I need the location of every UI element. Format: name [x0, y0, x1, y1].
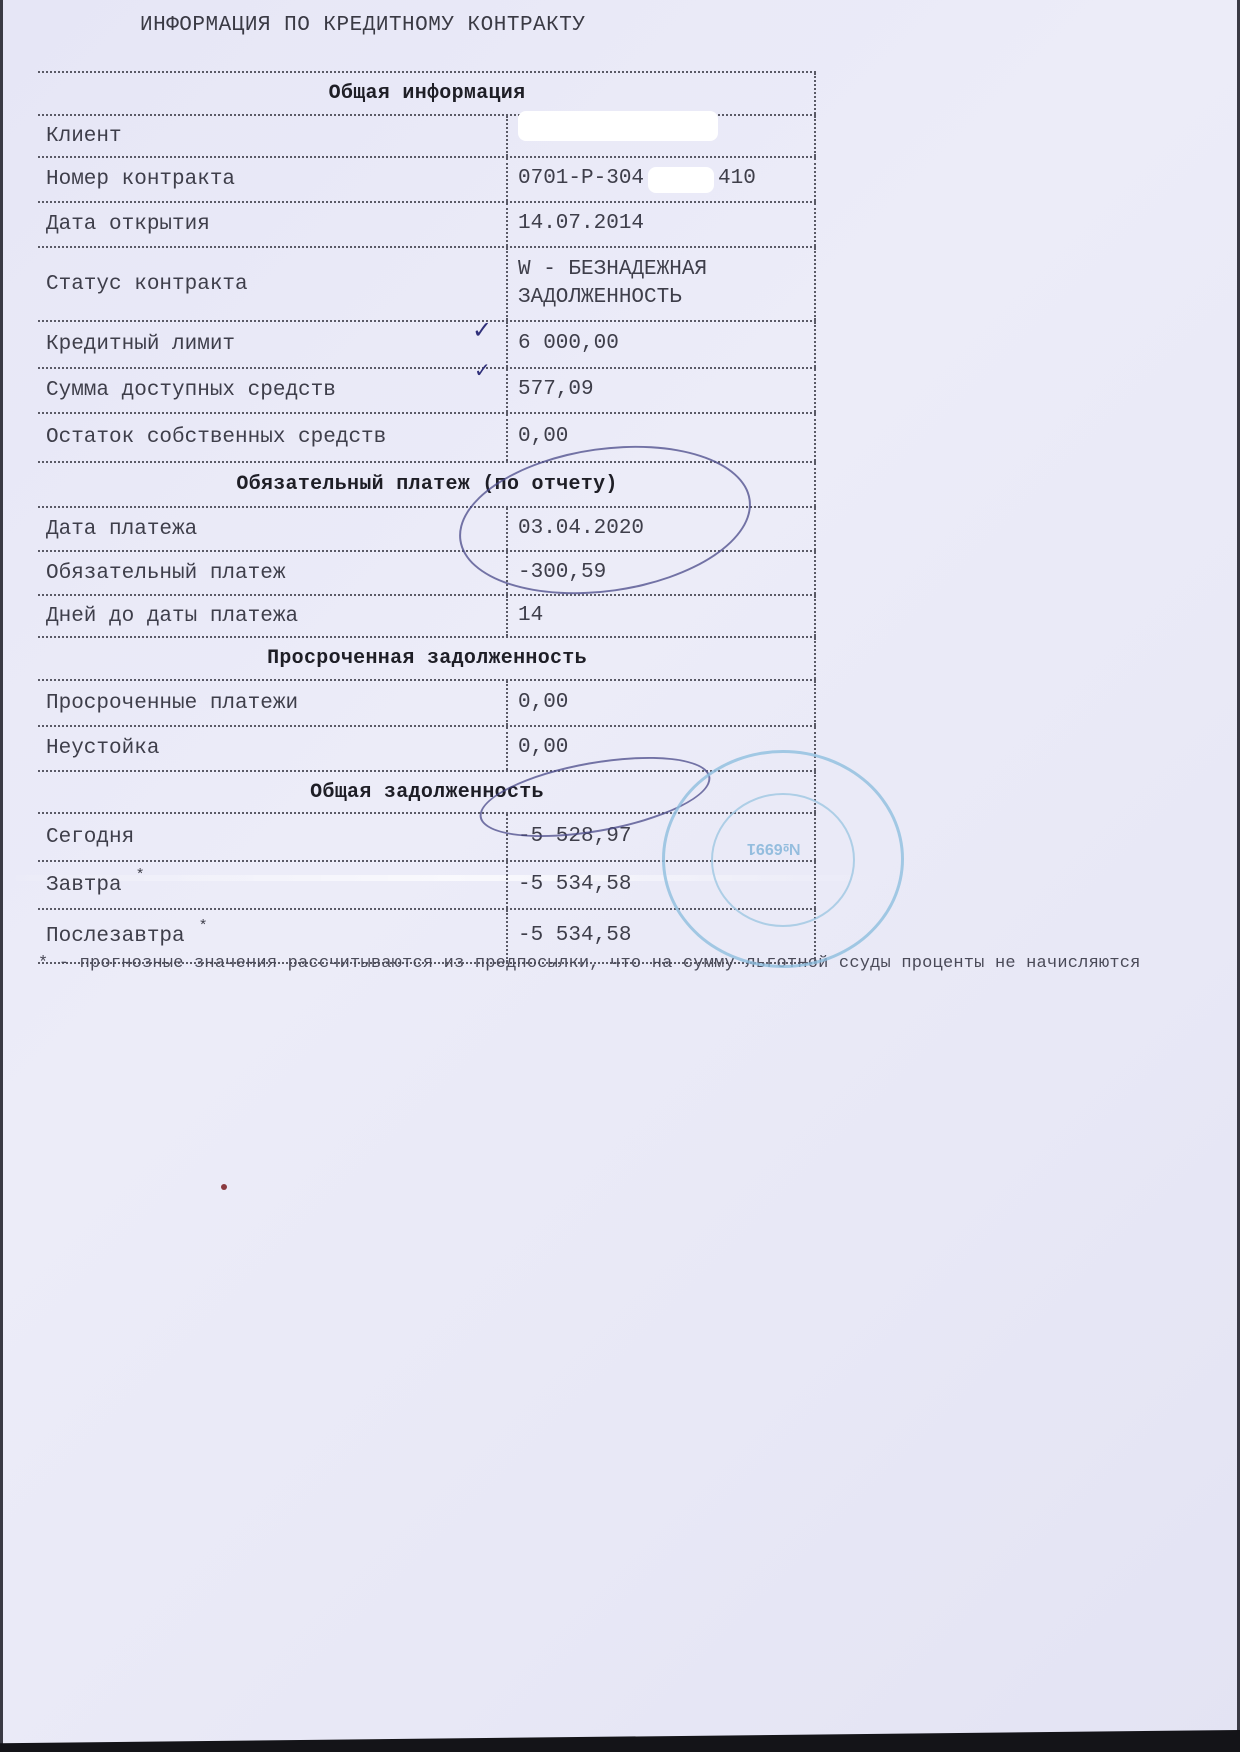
row-value: W - БЕЗНАДЕЖНАЯ ЗАДОЛЖЕННОСТЬ	[506, 248, 816, 320]
status-line-2: ЗАДОЛЖЕННОСТЬ	[518, 284, 816, 312]
bank-stamp: №6991	[662, 750, 904, 968]
stamp-inner-ring	[711, 793, 855, 927]
table-row-open-date: Дата открытия 14.07.2014	[38, 201, 816, 246]
document-title: ИНФОРМАЦИЯ ПО КРЕДИТНОМУ КОНТРАКТУ	[140, 14, 585, 37]
checkmark-icon: ✓	[472, 316, 492, 344]
row-label: Остаток собственных средств	[38, 414, 506, 461]
table-row-days-to-payment: Дней до даты платежа 14	[38, 594, 816, 636]
row-value: 0,00	[506, 681, 816, 725]
redaction-mark	[648, 167, 714, 193]
contract-number-suffix: 410	[718, 165, 756, 193]
table-row-overdue-payments: Просроченные платежи 0,00	[38, 679, 816, 725]
row-value: 6 000,00	[506, 322, 816, 367]
row-label: Дней до даты платежа	[38, 596, 506, 636]
stamp-number: №6991	[747, 839, 800, 857]
row-label-wrap: Завтра *	[38, 862, 506, 908]
section-header-general: Общая информация	[38, 71, 816, 114]
table-row-available-funds: Сумма доступных средств 577,09	[38, 367, 816, 412]
table-row-penalty: Неустойка 0,00	[38, 725, 816, 770]
footnote: * - прогнозные значения рассчитываются и…	[38, 950, 1188, 978]
row-label: Сумма доступных средств	[38, 369, 506, 412]
row-label: Клиент	[38, 116, 506, 156]
row-label: Обязательный платеж	[38, 552, 506, 594]
row-label: Сегодня	[38, 814, 506, 860]
table-row-contract-number: Номер контракта 0701-Р-304 410	[38, 156, 816, 201]
row-value: 0701-Р-304 410	[506, 158, 816, 201]
table-row-credit-limit: Кредитный лимит 6 000,00	[38, 320, 816, 367]
row-label: Дата платежа	[38, 508, 506, 550]
row-label: Послезавтра	[46, 925, 185, 948]
table-row-client: Клиент	[38, 114, 816, 156]
row-label: Просроченные платежи	[38, 681, 506, 725]
checkmark-icon: ✓	[474, 358, 491, 382]
row-value-redacted	[506, 116, 816, 156]
section-title: Просроченная задолженность	[267, 647, 587, 670]
row-label: Неустойка	[38, 727, 506, 770]
forecast-marker: *	[199, 918, 208, 935]
contract-number-prefix: 0701-Р-304	[518, 165, 644, 193]
status-line-1: W - БЕЗНАДЕЖНАЯ	[518, 256, 816, 284]
row-label: Статус контракта	[38, 248, 506, 320]
redaction-mark	[518, 111, 718, 141]
row-label: Завтра	[46, 874, 122, 897]
row-value: 14.07.2014	[506, 203, 816, 246]
row-value: 577,09	[506, 369, 816, 412]
row-label: Кредитный лимит	[38, 322, 506, 367]
forecast-marker: *	[136, 867, 145, 884]
section-title: Общая информация	[329, 82, 526, 105]
row-value: 14	[506, 596, 816, 636]
paper-speck	[221, 1184, 227, 1190]
scan-edge-bottom	[0, 1730, 1240, 1752]
row-label: Дата открытия	[38, 203, 506, 246]
section-header-overdue: Просроченная задолженность	[38, 636, 816, 679]
row-label: Номер контракта	[38, 158, 506, 201]
table-row-contract-status: Статус контракта W - БЕЗНАДЕЖНАЯ ЗАДОЛЖЕ…	[38, 246, 816, 320]
